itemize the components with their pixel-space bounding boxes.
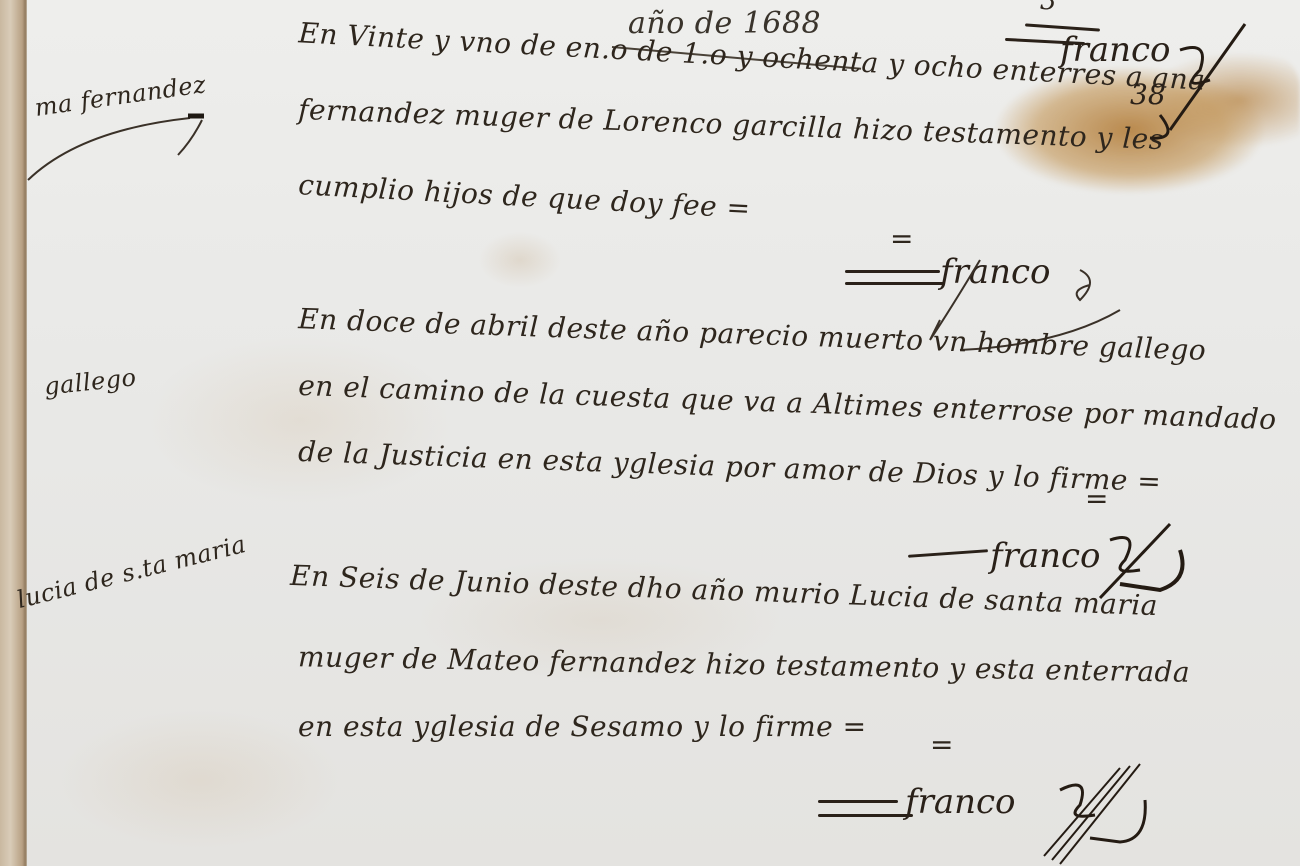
entry-line: en esta yglesia de Sesamo y lo firme = xyxy=(298,710,867,743)
signature: franco xyxy=(905,782,1016,822)
entry-line: muger de Mateo fernandez hizo testamento… xyxy=(298,640,1191,689)
margin-note: gallego xyxy=(43,363,138,401)
margin-flourish xyxy=(20,100,220,190)
margin-note: lucia de s.ta maria xyxy=(14,530,249,614)
entry-end-mark: = xyxy=(930,728,953,761)
signature-dash xyxy=(818,814,913,817)
manuscript-page: año de 1688 3 ma fernandez En Vinte y vn… xyxy=(0,0,1300,866)
entry-line: de la Justicia en esta yglesia por amor … xyxy=(298,435,1162,498)
signature-dash xyxy=(908,549,988,558)
signature-rubric-icon xyxy=(1030,760,1160,866)
entry-line: en el camino de la cuesta que va a Altim… xyxy=(298,369,1277,436)
entry-end-mark: = xyxy=(1085,482,1108,515)
top-right-fragment: 3 xyxy=(1040,0,1057,16)
entry-line: cumplio hijos de que doy fee = xyxy=(297,168,751,225)
signature-dash xyxy=(818,800,898,803)
signature-rubric-icon xyxy=(1140,20,1260,150)
